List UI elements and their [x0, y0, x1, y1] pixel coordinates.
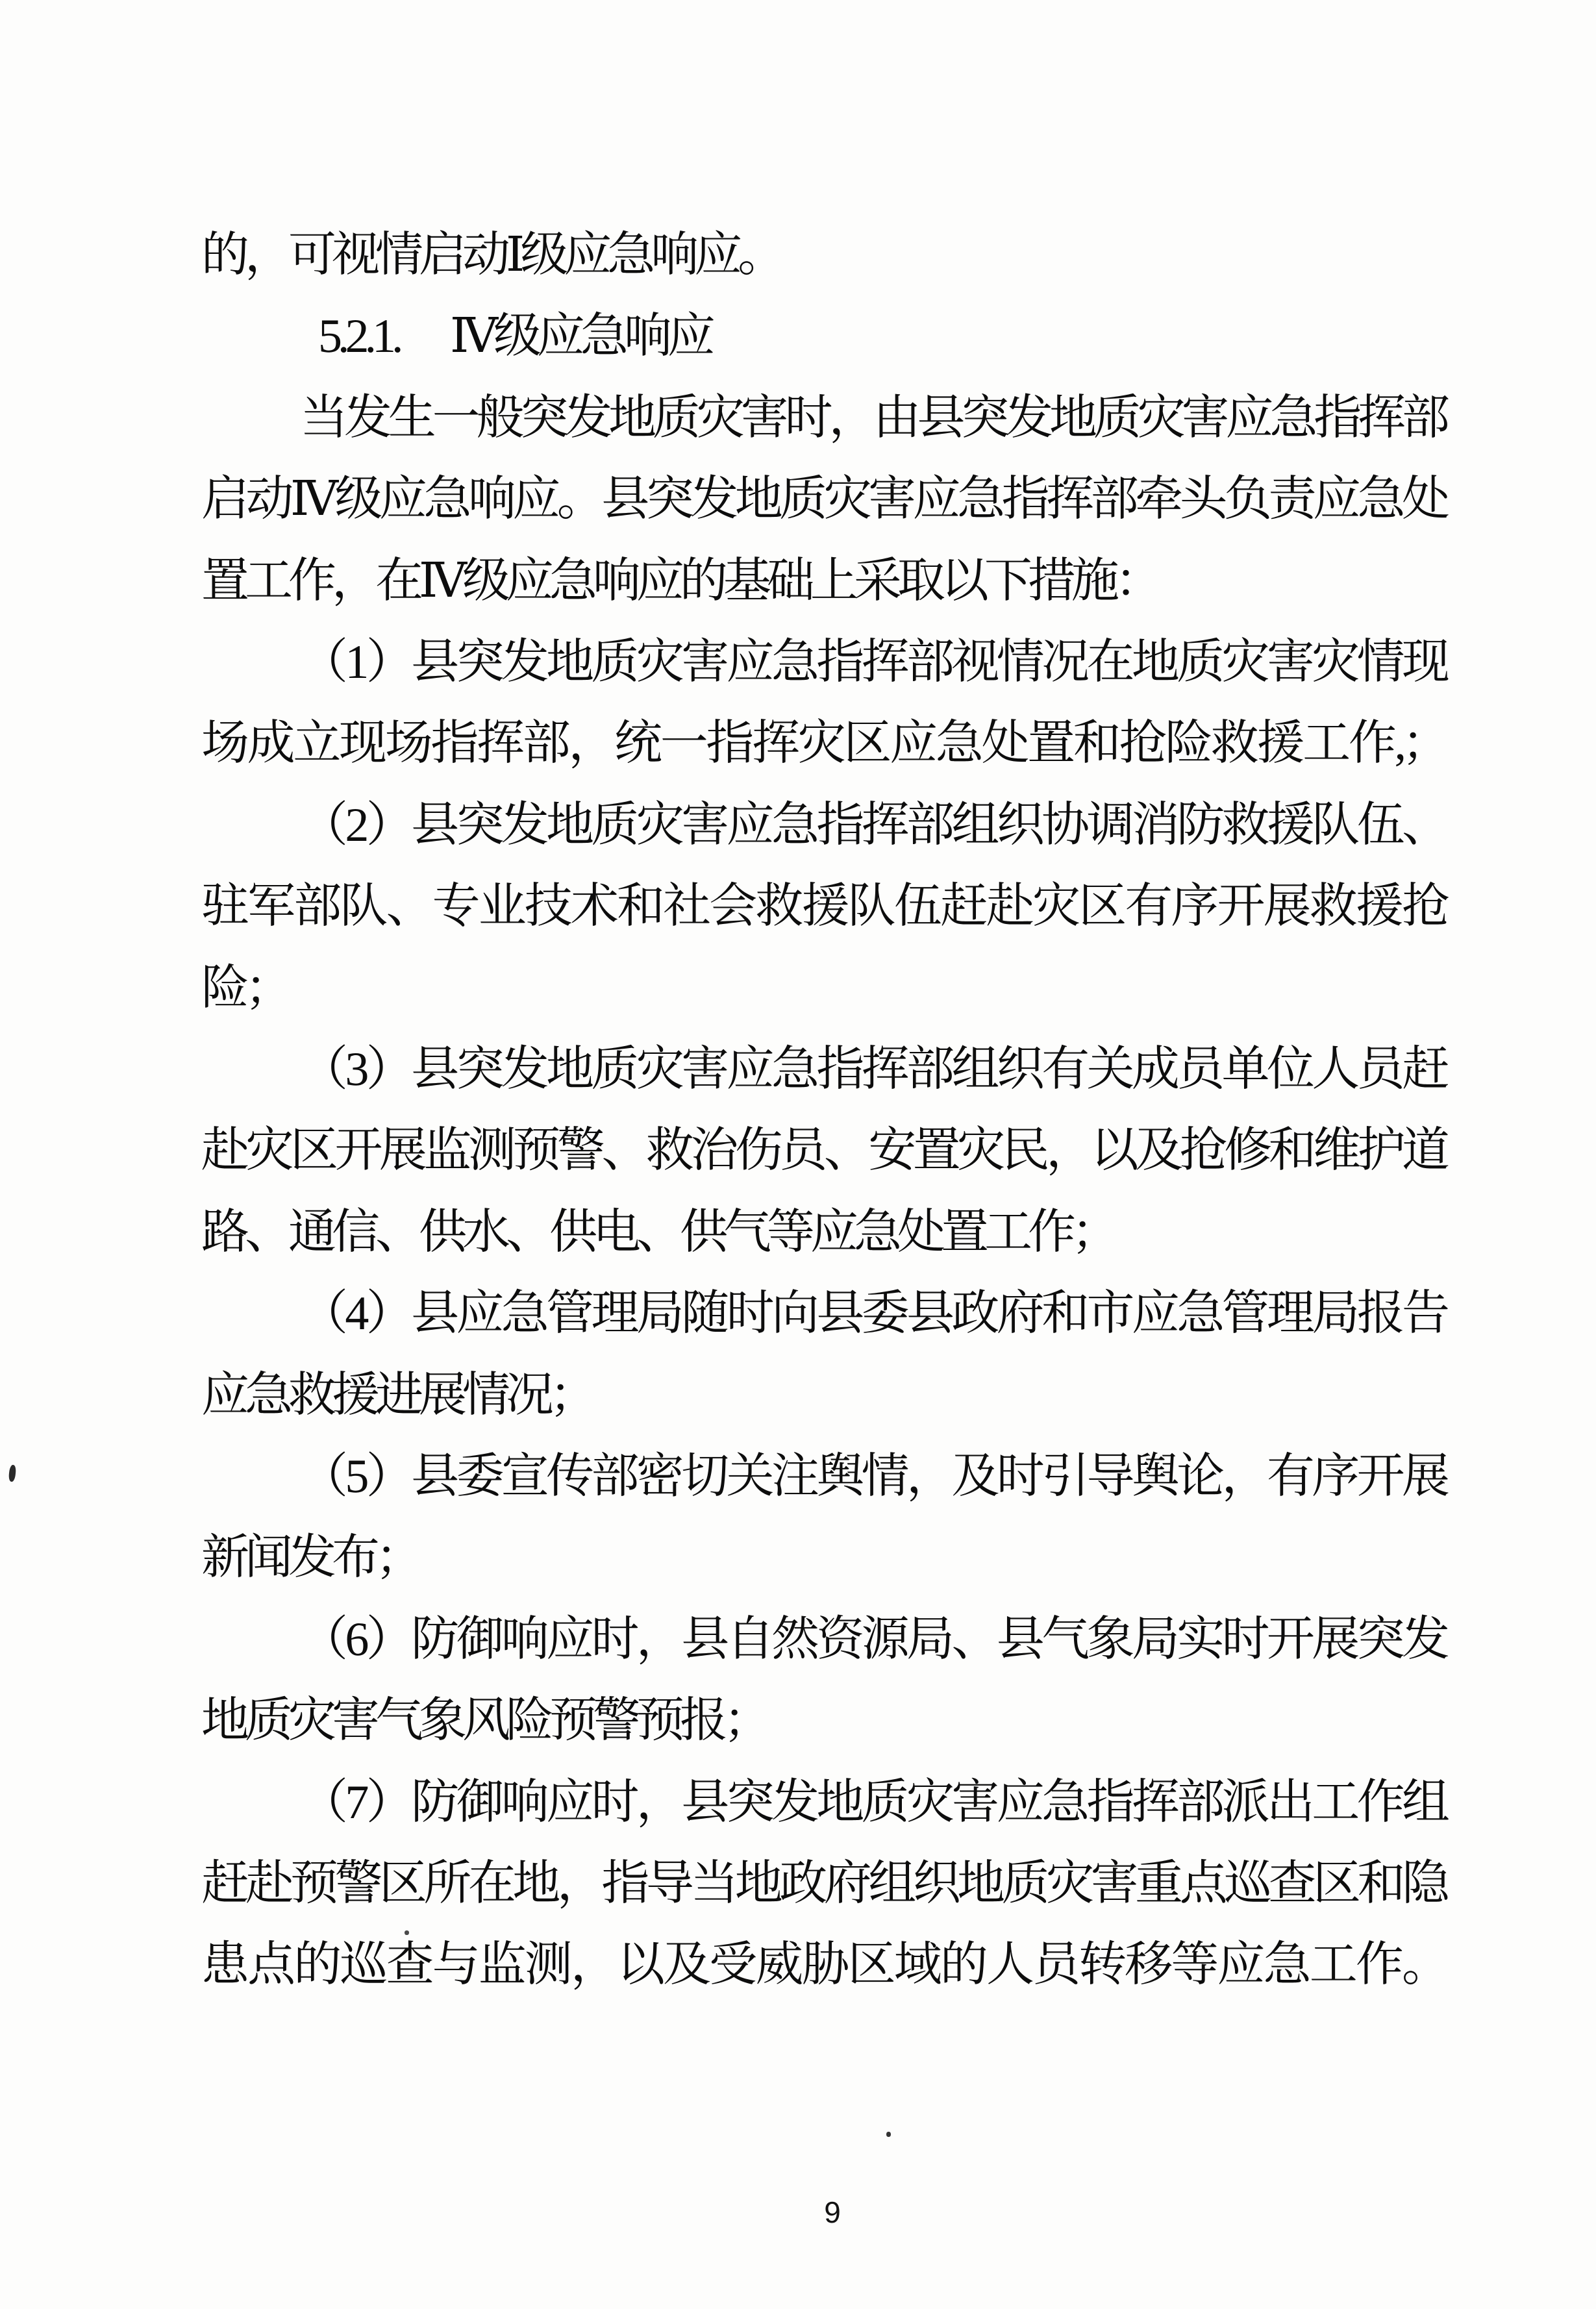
body-line: 的，可视情启动Ⅰ级应急响应。	[201, 231, 1445, 280]
body-line: 路、通信、供水、供电、供气等应急处置工作；	[201, 1208, 1445, 1257]
scan-speck	[886, 2132, 891, 2137]
body-line: 启动Ⅳ级应急响应。县突发地质灾害应急指挥部牵头负责应急处	[201, 475, 1445, 524]
body-line: （7）防御响应时，县突发地质灾害应急指挥部派出工作组	[300, 1779, 1445, 1827]
body-line: 驻军部队、专业技术和社会救援队伍赶赴灾区有序开展救援抢	[201, 882, 1445, 931]
body-line: （2）县突发地质灾害应急指挥部组织协调消防救援队伍、	[300, 801, 1445, 850]
body-line: （5）县委宣传部密切关注舆情，及时引导舆论，有序开展	[300, 1453, 1445, 1501]
body-line: （4）县应急管理局随时向县委县政府和市应急管理局报告	[300, 1290, 1445, 1338]
scan-speck	[8, 1465, 17, 1482]
body-line: 应急救援进展情况；	[201, 1371, 1445, 1420]
document-page: 的，可视情启动Ⅰ级应急响应。 5.2.1. Ⅳ级应急响应 当发生一般突发地质灾害…	[0, 0, 1596, 2309]
body-line: 地质灾害气象风险预警预报；	[201, 1697, 1445, 1745]
scan-speck	[405, 1930, 409, 1935]
body-line: （1）县突发地质灾害应急指挥部视情况在地质灾害灾情现	[300, 638, 1445, 687]
body-line: 当发生一般突发地质灾害时，由县突发地质灾害应急指挥部	[300, 394, 1445, 443]
body-line: （6）防御响应时，县自然资源局、县气象局实时开展突发	[300, 1616, 1445, 1664]
body-line: 置工作，在Ⅳ级应急响应的基础上采取以下措施：	[201, 557, 1445, 606]
section-heading: 5.2.1. Ⅳ级应急响应	[318, 312, 711, 361]
body-line: 险；	[201, 964, 1445, 1013]
body-line: 赶赴预警区所在地，指导当地政府组织地质灾害重点巡查区和隐	[201, 1860, 1445, 1908]
body-line: 场成立现场指挥部，统一指挥灾区应急处置和抢险救援工作,；	[201, 719, 1445, 768]
body-line: 患点的巡查与监测，以及受威胁区域的人员转移等应急工作。	[201, 1941, 1445, 1990]
body-line: 新闻发布；	[201, 1534, 1445, 1582]
page-number: 9	[813, 2196, 852, 2228]
body-line: （3）县突发地质灾害应急指挥部组织有关成员单位人员赶	[300, 1045, 1445, 1094]
body-line: 赴灾区开展监测预警、救治伤员、安置灾民，以及抢修和维护道	[201, 1127, 1445, 1175]
